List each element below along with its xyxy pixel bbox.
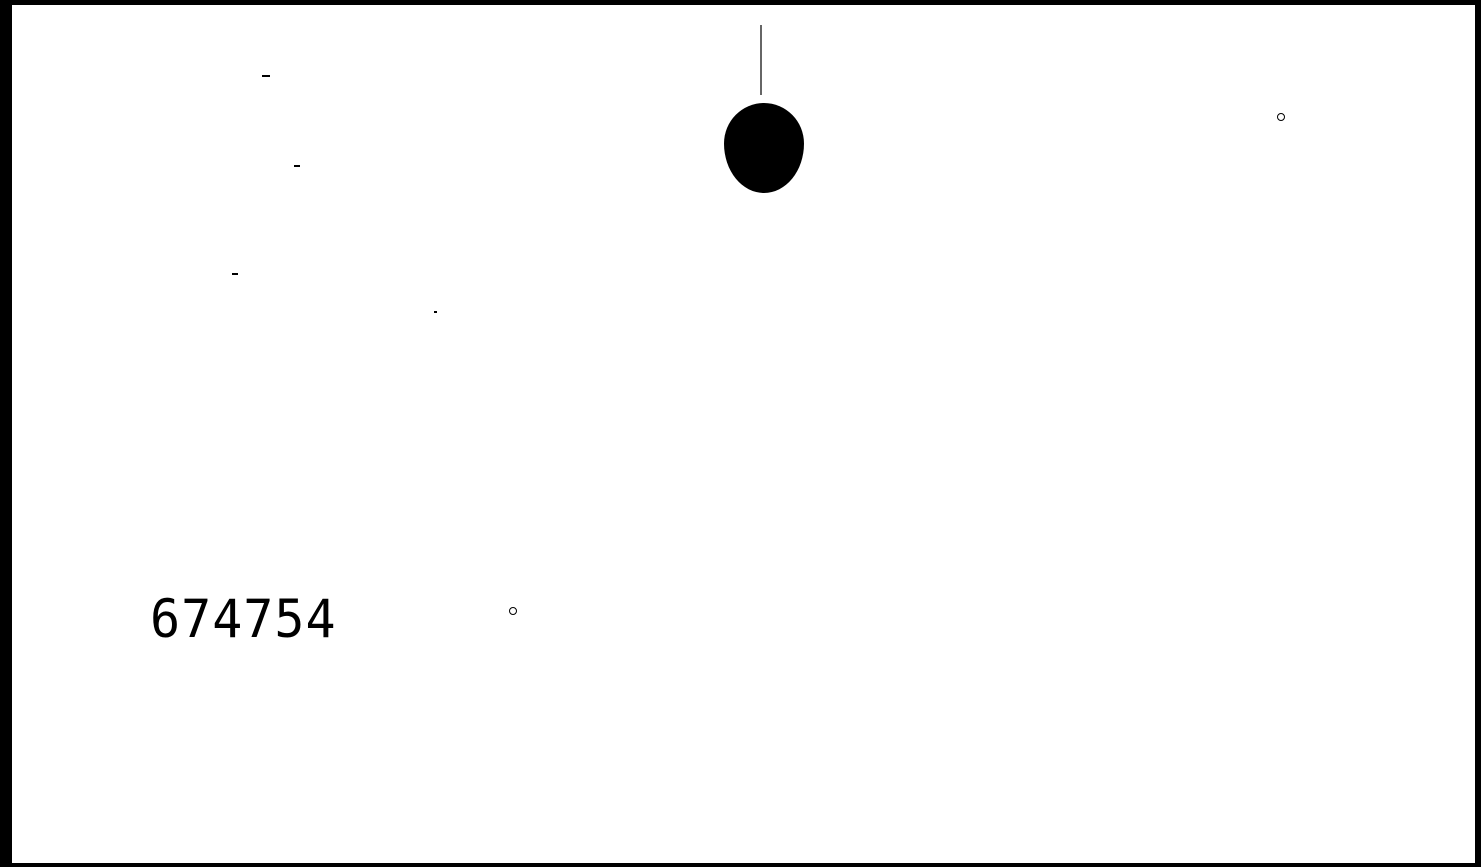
speck-mark	[434, 311, 437, 313]
speck-mark	[262, 75, 270, 77]
card-number: 674754	[150, 589, 337, 650]
scanned-card: 674754	[12, 5, 1475, 863]
punch-hole	[724, 103, 804, 193]
speck-mark	[294, 165, 300, 167]
tie-string	[760, 25, 762, 95]
speck-mark	[232, 273, 238, 275]
speck-mark	[1277, 113, 1285, 121]
speck-mark	[509, 607, 517, 615]
